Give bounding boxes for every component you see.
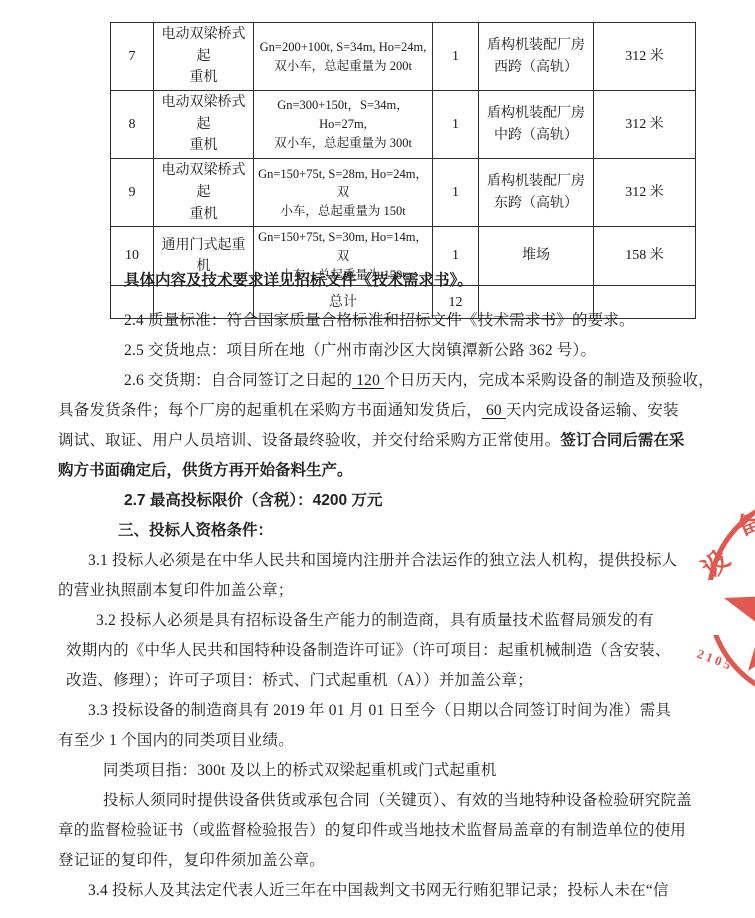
text-run: 效期内的《中华人民共和国特种设备制造许可证》（许可项目：起重机械制造（含安装、: [66, 642, 671, 659]
cell-equipment-name: 电动双梁桥式起 重机: [154, 23, 254, 91]
seal-ring-icon: [709, 495, 755, 701]
text-run: 2.6 交货期：自合同签订之日起的: [124, 372, 352, 389]
text-line: 调试、取证、用户人员培训、设备最终验收，并交付给采购方正常使用。签订合同后需在采: [58, 426, 699, 456]
red-seal-stamp: 设 备 2105: [690, 495, 755, 705]
cell-quantity: 1: [433, 91, 479, 159]
cell-quantity: 1: [433, 159, 479, 227]
text-line: 3.1 投标人必须是在中华人民共和国境内注册并合法运作的独立法人机构，提供投标人: [58, 546, 699, 576]
cell-serial: 7: [111, 23, 154, 91]
seal-char-top: 设: [697, 545, 736, 584]
seal-digits: 2105: [695, 646, 736, 674]
cell-specification: Gn=150+75t, S=28m, Ho=24m，双 小车，总起重量为 150…: [254, 159, 433, 227]
text-run: 的营业执照副本复印件加盖公章；: [58, 582, 294, 599]
text-line: 改造、修理）；许可子项目：桥式、门式起重机（A））并加盖公章；: [58, 666, 699, 696]
text-line: 效期内的《中华人民共和国特种设备制造许可证》（许可项目：起重机械制造（含安装、: [58, 636, 699, 666]
table-row: 9电动双梁桥式起 重机Gn=150+75t, S=28m, Ho=24m，双 小…: [111, 159, 696, 227]
cell-rail-length: 312 米: [594, 159, 696, 227]
text-run: 投标人须同时提供设备供货或承包合同（关键页）、有效的当地特种设备检验研究院盖: [103, 792, 692, 809]
cell-rail-length: 312 米: [594, 23, 696, 91]
text-run: 2.5 交货地点：项目所在地（广州市南沙区大岗镇潭新公路 362 号）。: [124, 342, 596, 359]
text-line: 2.6 交货期：自合同签订之日起的 120 个日历天内，完成本采购设备的制造及预…: [58, 366, 699, 396]
text-line: 三、投标人资格条件：: [58, 516, 699, 546]
cell-quantity: 1: [433, 23, 479, 91]
text-run: 3.4 投标人及其法定代表人近三年在中国裁判文书网无行贿犯罪记录；投标人未在“信: [88, 882, 669, 899]
bold-text-run: 购方书面确定后，供货方再开始备料生产。: [58, 462, 353, 479]
text-run: 2.4 质量标准：符合国家质量合格标准和招标文件《技术需求书》的要求。: [124, 312, 635, 329]
cell-rail-length: 312 米: [594, 91, 696, 159]
text-line: 2.4 质量标准：符合国家质量合格标准和招标文件《技术需求书》的要求。: [58, 306, 699, 336]
bold-text-run: 具体内容及技术要求详见招标文件《技术需求书》。: [124, 272, 473, 289]
text-run: 具备发货条件；每个厂房的起重机在采购方书面通知发货后，: [58, 402, 482, 419]
text-line: 登记证的复印件，复印件须加盖公章。: [58, 846, 699, 876]
text-line: 具体内容及技术要求详见招标文件《技术需求书》。: [58, 266, 699, 296]
text-run: 调试、取证、用户人员培训、设备最终验收，并交付给采购方正常使用。: [58, 432, 560, 449]
cell-specification: Gn=200+100t, S=34m, Ho=24m, 双小车，总起重量为 20…: [254, 23, 433, 91]
text-run: 天内完成设备运输、安装: [506, 402, 679, 419]
cell-location: 盾构机装配厂房 东跨（高轨）: [479, 159, 594, 227]
table-row: 8电动双梁桥式起 重机Gn=300+150t，S=34m，Ho=27m, 双小车…: [111, 91, 696, 159]
table-row: 7电动双梁桥式起 重机Gn=200+100t, S=34m, Ho=24m, 双…: [111, 23, 696, 91]
text-run: 个日历天内，完成本采购设备的制造及预验收，: [384, 372, 714, 389]
seal-char-second: 备: [733, 507, 755, 542]
bold-text-run: 2.7 最高投标限价（含税）：4200 万元: [124, 492, 382, 509]
text-line: 购方书面确定后，供货方再开始备料生产。: [58, 456, 699, 486]
text-line: 3.4 投标人及其法定代表人近三年在中国裁判文书网无行贿犯罪记录；投标人未在“信: [58, 876, 699, 906]
text-line: 2.7 最高投标限价（含税）：4200 万元: [58, 486, 699, 516]
bold-text-run: 三、投标人资格条件：: [118, 522, 273, 539]
text-line: 的营业执照副本复印件加盖公章；: [58, 576, 699, 606]
text-line: 2.5 交货地点：项目所在地（广州市南沙区大岗镇潭新公路 362 号）。: [58, 336, 699, 366]
text-line: 投标人须同时提供设备供货或承包合同（关键页）、有效的当地特种设备检验研究院盖: [58, 786, 699, 816]
text-run: 3.2 投标人必须是具有招标设备生产能力的制造商，具有质量技术监督局颁发的有: [96, 612, 654, 629]
seal-star-icon: [724, 552, 755, 671]
text-run: 有至少 1 个国内的同类项目业绩。: [58, 732, 294, 749]
cell-serial: 9: [111, 159, 154, 227]
text-line: 有至少 1 个国内的同类项目业绩。: [58, 726, 699, 756]
text-run: 3.1 投标人必须是在中华人民共和国境内注册并合法运作的独立法人机构，提供投标人: [88, 552, 677, 569]
cell-location: 盾构机装配厂房 西跨（高轨）: [479, 23, 594, 91]
text-line: 章的监督检验证书（或监督检验报告）的复印件或当地技术监督局盖章的有制造单位的使用: [58, 816, 699, 846]
text-line: 具备发货条件；每个厂房的起重机在采购方书面通知发货后， 60 天内完成设备运输、…: [58, 396, 699, 426]
underlined-value: 60: [482, 402, 506, 419]
cell-location: 盾构机装配厂房 中跨（高轨）: [479, 91, 594, 159]
text-run: 3.3 投标设备的制造商具有 2019 年 01 月 01 日至今（日期以合同签…: [88, 702, 671, 719]
cell-specification: Gn=300+150t，S=34m，Ho=27m, 双小车，总起重量为 300t: [254, 91, 433, 159]
underlined-value: 120: [352, 372, 384, 389]
document-page: { "table": { "rows": [ {"no":"7","name":…: [0, 0, 755, 918]
text-line: 3.2 投标人必须是具有招标设备生产能力的制造商，具有质量技术监督局颁发的有: [58, 606, 699, 636]
text-run: 章的监督检验证书（或监督检验报告）的复印件或当地技术监督局盖章的有制造单位的使用: [58, 822, 686, 839]
text-line: 3.3 投标设备的制造商具有 2019 年 01 月 01 日至今（日期以合同签…: [58, 696, 699, 726]
text-run: 同类项目指：300t 及以上的桥式双梁起重机或门式起重机: [103, 762, 497, 779]
cell-equipment-name: 电动双梁桥式起 重机: [154, 91, 254, 159]
cell-serial: 8: [111, 91, 154, 159]
text-run: 登记证的复印件，复印件须加盖公章。: [58, 852, 325, 869]
text-run: 改造、修理）；许可子项目：桥式、门式起重机（A））并加盖公章；: [66, 672, 533, 689]
cell-equipment-name: 电动双梁桥式起 重机: [154, 159, 254, 227]
document-body: 具体内容及技术要求详见招标文件《技术需求书》。2.4 质量标准：符合国家质量合格…: [58, 266, 699, 906]
bold-text-run: 签订合同后需在采: [560, 432, 684, 449]
text-line: 同类项目指：300t 及以上的桥式双梁起重机或门式起重机: [58, 756, 699, 786]
